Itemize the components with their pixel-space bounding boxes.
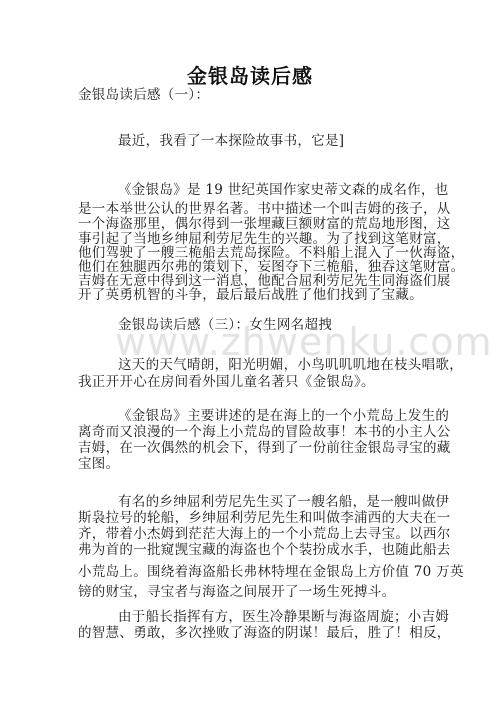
paragraph-5-line: 斯袅拉号的轮船，乡绅屈利劳尼先生和叫做李浦西的大夫在一: [78, 511, 451, 526]
paragraph-5-line: 小荒岛上。围绕着海盗船长弗林特埋在金银岛上方价值 70 万英: [78, 565, 464, 580]
paragraph-2-line: 是一本举世公认的世界名著。书中描述一个叫吉姆的孩子，从: [78, 202, 451, 217]
document-page: www.zhwenku.com 金银岛读后感 金银岛读后感（一）： 最近，我看了…: [0, 0, 500, 708]
paragraph-2-line: 《金银岛》是 19 世纪英国作家史蒂文森的成名作，也: [118, 183, 449, 198]
document-title: 金银岛读后感: [0, 60, 500, 89]
section-heading-1: 金银岛读后感（一）：: [78, 88, 209, 103]
paragraph-2-line: 一个海盗那里，偶尔得到一张埋藏巨额财富的荒岛地形图，这: [78, 217, 451, 232]
paragraph-6-line: 的智慧、勇敢，多次挫败了海盗的阴谋！最后，胜了！相反，: [78, 626, 451, 641]
paragraph-5-line: 弗为首的一批窥觊宝藏的海盗也个个装扮成水手，也随此船去: [78, 543, 451, 558]
paragraph-4-line: 宝图。: [78, 457, 119, 472]
paragraph-4-line: 离奇而又浪漫的一个海上小荒岛的冒险故事！本书的小主人公: [78, 425, 451, 440]
paragraph-4-line: 《金银岛》主要讲述的是在海上的一个小荒岛上发生的: [118, 409, 449, 424]
paragraph-5-line: 有名的乡绅屈利劳尼先生买了一艘名船，是一艘叫做伊: [118, 495, 449, 510]
paragraph-3-line: 这天的天气晴朗，阳光明媚，小鸟叽叽叽地在枝头唱歌，: [118, 358, 463, 373]
paragraph-5-line: 齐，带着小杰姆到茫茫大海上的一个小荒岛上去寻宝。以西尔: [78, 527, 451, 542]
paragraph-5-line: 镑的财宝，寻宝者与海盗之间展开了一场生死搏斗。: [78, 585, 395, 600]
paragraph-4-line: 吉姆，在一次偶然的机会下，得到了一份前往金银岛寻宝的藏: [78, 441, 451, 456]
paragraph-2-line: 开了英勇机智的斗争，最后最后战胜了他们找到了宝藏。: [78, 288, 423, 303]
paragraph-3-line: 我正开开心在房间看外国儿童名著只《金银岛》。: [78, 375, 375, 390]
section-heading-3: 金银岛读后感（三）：女生网名超拽: [118, 318, 332, 333]
paragraph-1-line: 最近，我看了一本探险故事书，它是]: [118, 134, 344, 149]
paragraph-6-line: 由于船长指挥有方，医生冷静果断与海盗周旋；小吉姆: [118, 610, 449, 625]
